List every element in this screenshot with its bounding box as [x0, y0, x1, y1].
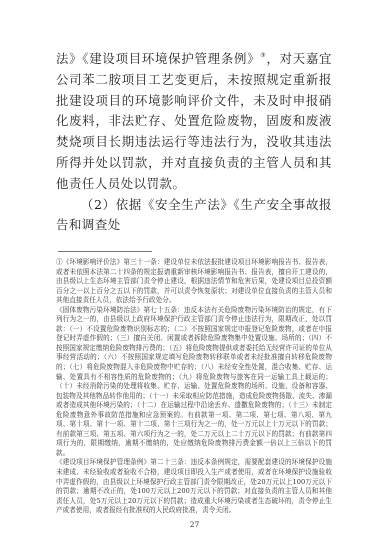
page-number: 27: [0, 520, 389, 529]
footnote-1: ①《环境影响评价法》第三十一条：建设单位未依法报批建设项目环境影响报告书、报告表…: [56, 258, 332, 306]
body-paragraph-1-rest: ，对天嘉宜公司苯二胺项目工艺变更后，未按照规定重新报批建设项目的环境影响评价文件…: [56, 51, 332, 191]
document-page: 法》《建设项目环境保护管理条例》③，对天嘉宜公司苯二胺项目工艺变更后，未按照规定…: [0, 0, 389, 550]
main-body-text: 法》《建设项目环境保护管理条例》③，对天嘉宜公司苯二胺项目工艺变更后，未按照规定…: [56, 49, 332, 236]
body-paragraph-2: （2）依据《安全生产法》《生产安全事故报告和调查处: [56, 195, 332, 237]
body-paragraph-1: 法》《建设项目环境保护管理条例》③，对天嘉宜公司苯二胺项目工艺变更后，未按照规定…: [56, 49, 332, 195]
body-paragraph-1-start: 法》《建设项目环境保护管理条例》: [56, 51, 260, 66]
footnote-3: 《建设项目环境保护管理条例》第二十三条：违反本条例规定，需要配套建设的环境保护设…: [56, 458, 332, 515]
footnote-2: 《固体废物污染环境防治法》第七十五条：违反本法有关危险废物污染环境防治的规定，有…: [56, 306, 332, 459]
footnote-divider: [58, 251, 152, 252]
footnotes-section: ①《环境影响评价法》第三十一条：建设单位未依法报批建设项目环境影响报告书、报告表…: [56, 258, 332, 516]
